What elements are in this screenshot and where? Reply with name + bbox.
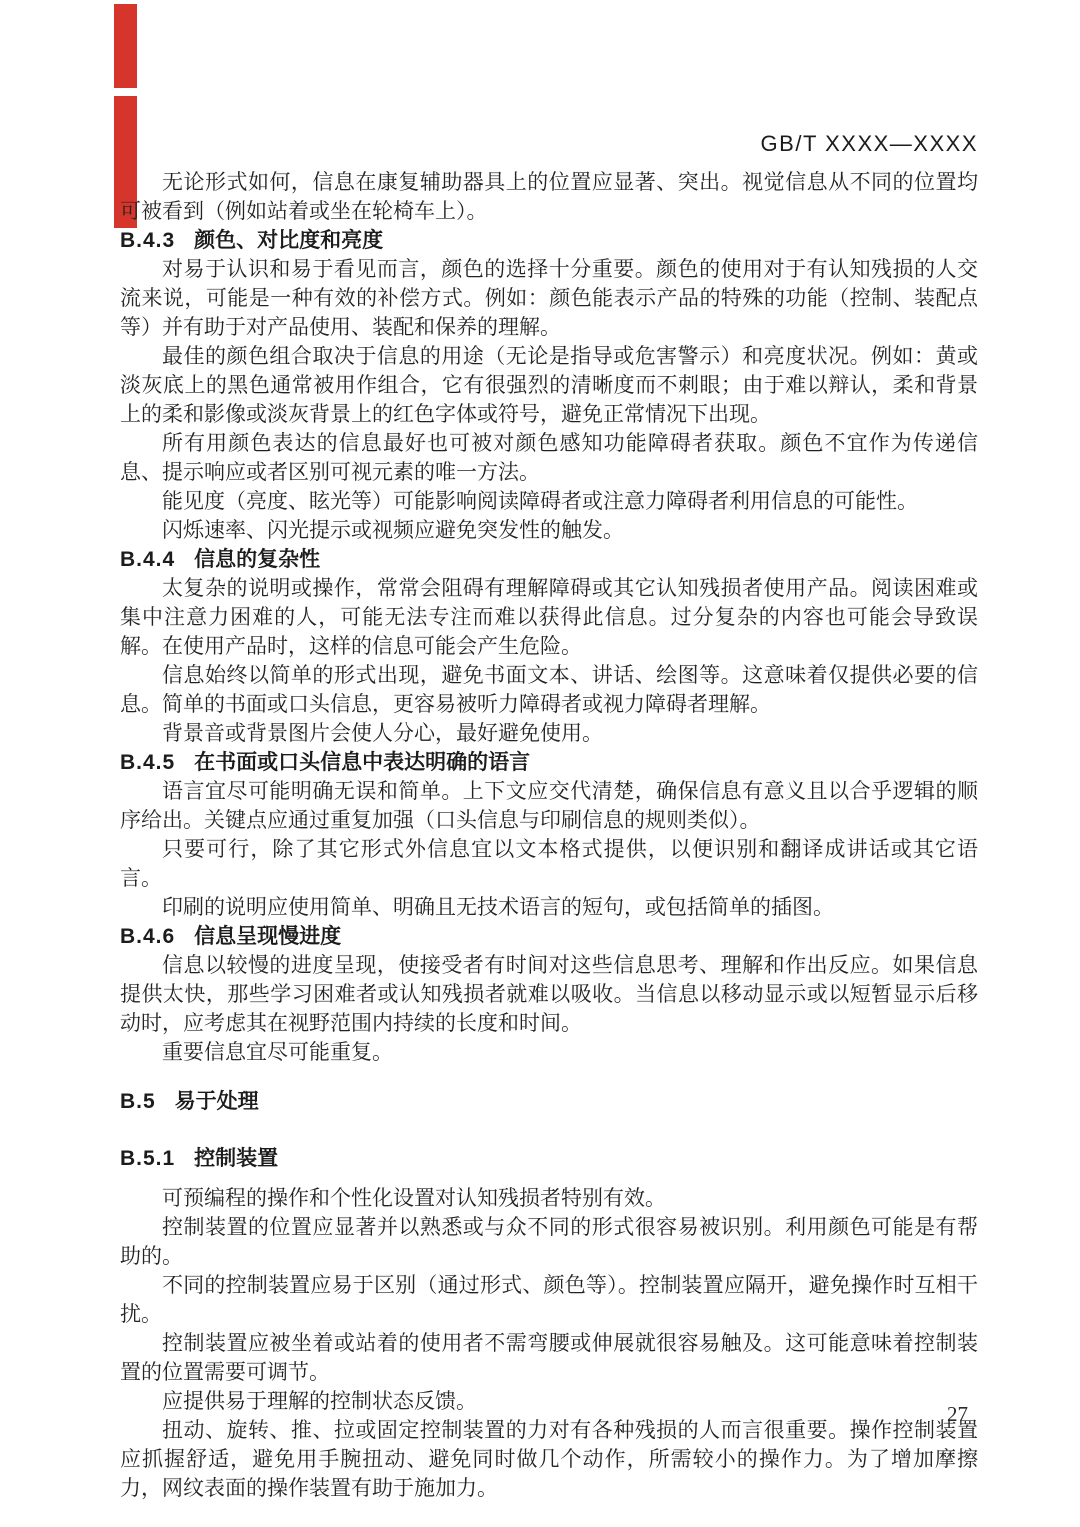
document-page: GB/T XXXX—XXXX 无论形式如何，信息在康复辅助器具上的位置应显著、突…	[0, 0, 1080, 1527]
paragraph: 扭动、旋转、推、拉或固定控制装置的力对有各种残损的人而言很重要。操作控制装置应抓…	[120, 1416, 978, 1503]
section-number: B.4.6	[120, 925, 175, 948]
standard-number-header: GB/T XXXX—XXXX	[761, 131, 978, 157]
section-number: B.4.5	[120, 751, 175, 774]
section-number: B.5	[120, 1090, 156, 1113]
section-title: 信息的复杂性	[194, 548, 320, 571]
section-heading-b46: B.4.6信息呈现慢进度	[120, 922, 978, 951]
section-heading-b44: B.4.4信息的复杂性	[120, 545, 978, 574]
paragraph: 闪烁速率、闪光提示或视频应避免突发性的触发。	[120, 516, 978, 545]
section-title: 信息呈现慢进度	[194, 925, 341, 948]
paragraph: 对易于认识和易于看见而言，颜色的选择十分重要。颜色的使用对于有认知残损的人交流来…	[120, 255, 978, 342]
paragraph: 只要可行，除了其它形式外信息宜以文本格式提供，以便识别和翻译成讲话或其它语言。	[120, 835, 978, 893]
paragraph: 能见度（亮度、眩光等）可能影响阅读障碍者或注意力障碍者利用信息的可能性。	[120, 487, 978, 516]
paragraph: 无论形式如何，信息在康复辅助器具上的位置应显著、突出。视觉信息从不同的位置均可被…	[120, 168, 978, 226]
paragraph: 最佳的颜色组合取决于信息的用途（无论是指导或危害警示）和亮度状况。例如：黄或淡灰…	[120, 342, 978, 429]
page-number: 27	[947, 1402, 968, 1427]
section-heading-b51: B.5.1控制装置	[120, 1144, 978, 1173]
paragraph: 信息以较慢的进度呈现，使接受者有时间对这些信息思考、理解和作出反应。如果信息提供…	[120, 951, 978, 1038]
paragraph: 太复杂的说明或操作，常常会阻碍有理解障碍或其它认知残损者使用产品。阅读困难或集中…	[120, 574, 978, 661]
red-scan-mark-top	[114, 4, 137, 88]
paragraph: 控制装置应被坐着或站着的使用者不需弯腰或伸展就很容易触及。这可能意味着控制装置的…	[120, 1329, 978, 1387]
paragraph: 所有用颜色表达的信息最好也可被对颜色感知功能障碍者获取。颜色不宜作为传递信息、提…	[120, 429, 978, 487]
section-number: B.5.1	[120, 1147, 175, 1170]
section-heading-b45: B.4.5在书面或口头信息中表达明确的语言	[120, 748, 978, 777]
section-heading-b43: B.4.3颜色、对比度和亮度	[120, 226, 978, 255]
section-number: B.4.4	[120, 548, 175, 571]
section-number: B.4.3	[120, 229, 175, 252]
paragraph: 信息始终以简单的形式出现，避免书面文本、讲话、绘图等。这意味着仅提供必要的信息。…	[120, 661, 978, 719]
paragraph: 重要信息宜尽可能重复。	[120, 1038, 978, 1067]
document-body: 无论形式如何，信息在康复辅助器具上的位置应显著、突出。视觉信息从不同的位置均可被…	[120, 168, 978, 1503]
paragraph: 控制装置的位置应显著并以熟悉或与众不同的形式很容易被识别。利用颜色可能是有帮助的…	[120, 1213, 978, 1271]
paragraph: 印刷的说明应使用简单、明确且无技术语言的短句，或包括简单的插图。	[120, 893, 978, 922]
section-title: 易于处理	[175, 1090, 259, 1113]
paragraph: 应提供易于理解的控制状态反馈。	[120, 1387, 978, 1416]
paragraph: 背景音或背景图片会使人分心，最好避免使用。	[120, 719, 978, 748]
section-title: 颜色、对比度和亮度	[194, 229, 383, 252]
section-title: 控制装置	[194, 1147, 278, 1170]
paragraph: 不同的控制装置应易于区别（通过形式、颜色等）。控制装置应隔开，避免操作时互相干扰…	[120, 1271, 978, 1329]
paragraph: 语言宜尽可能明确无误和简单。上下文应交代清楚，确保信息有意义且以合乎逻辑的顺序给…	[120, 777, 978, 835]
paragraph: 可预编程的操作和个性化设置对认知残损者特别有效。	[120, 1184, 978, 1213]
section-title: 在书面或口头信息中表达明确的语言	[194, 751, 530, 774]
section-heading-b5: B.5易于处理	[120, 1087, 978, 1116]
